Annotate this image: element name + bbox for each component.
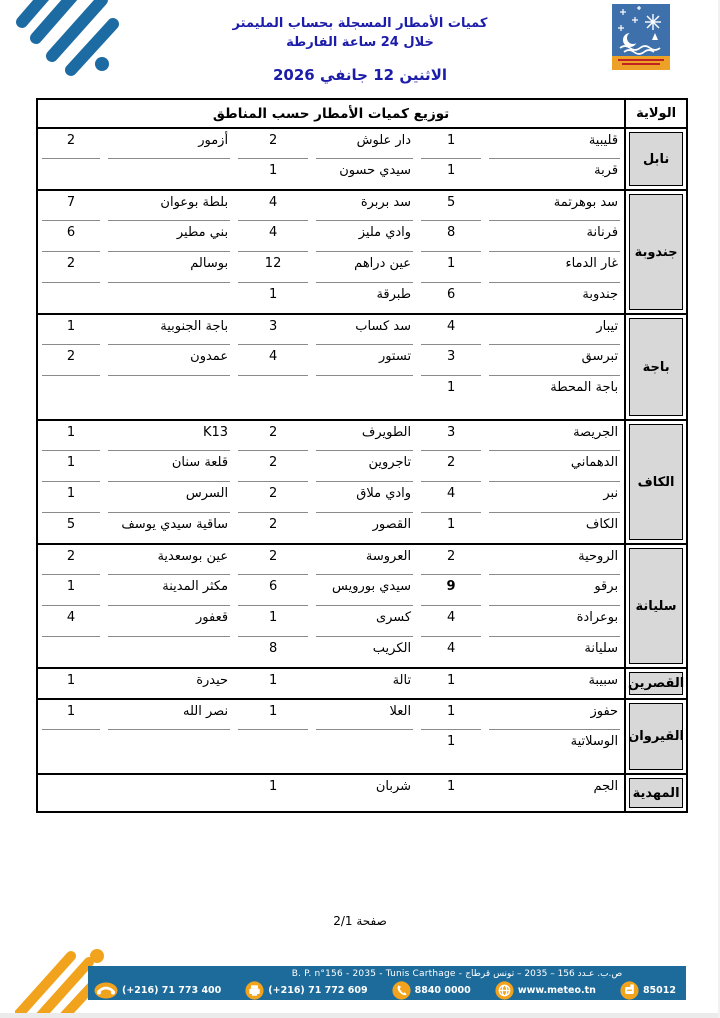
rain-value: 2 [37, 345, 104, 376]
station-row: سليانة4الكريب8 [37, 637, 687, 668]
station-name: فرنانة [485, 221, 625, 252]
rain-value: 1 [37, 314, 104, 345]
station-row: نبر4وادي ملاق2السرس1 [37, 482, 687, 513]
station-name: الجم [485, 774, 625, 812]
phone-icon [94, 982, 118, 999]
footer-contacts: (+216) 71 773 400(+216) 71 772 6098840 0… [88, 979, 686, 1000]
wilaya-cell: جندوبة [625, 190, 687, 314]
station-name: كسرى [312, 606, 417, 637]
station-name: جندوبة [485, 283, 625, 314]
footer-address: B. P. n°156 - 2035 - Tunis Carthage - ص.… [88, 966, 686, 979]
station-name: قعفور [104, 606, 234, 637]
station-name: السرس [104, 482, 234, 513]
station-name: حيدرة [104, 668, 234, 699]
station-row: باجة المحطة1 [37, 376, 687, 420]
station-name: الكاف [485, 513, 625, 544]
station-row: الكاف1القصور2ساقية سيدي يوسف5 [37, 513, 687, 544]
station-name: القصور [312, 513, 417, 544]
report-title-line2: خلال 24 ساعة الفارطة [0, 33, 720, 52]
rain-value: 1 [417, 252, 485, 283]
rain-value: 4 [417, 314, 485, 345]
rain-value: 4 [234, 190, 312, 221]
station-name [104, 376, 234, 420]
station-row: تبرسق3تستور4عمدون2 [37, 345, 687, 376]
station-row: جندوبةسد بوهرتمة5سد بربرة4بلطة بوعوان7 [37, 190, 687, 221]
station-name: سد بربرة [312, 190, 417, 221]
rain-value: 1 [417, 730, 485, 774]
wilaya-cell: سليانة [625, 544, 687, 668]
call-icon [392, 981, 411, 1000]
rain-value: 1 [417, 668, 485, 699]
globe-icon [495, 981, 514, 1000]
station-name: تيبار [485, 314, 625, 345]
station-name: سبيبة [485, 668, 625, 699]
rain-value: 5 [37, 513, 104, 544]
station-name: تستور [312, 345, 417, 376]
rain-value: 4 [37, 606, 104, 637]
station-name: العروسة [312, 544, 417, 575]
footer-contact-bar: B. P. n°156 - 2035 - Tunis Carthage - ص.… [88, 966, 686, 1000]
station-name: قلعة سنان [104, 451, 234, 482]
contact-label: 8840 0000 [415, 985, 471, 996]
station-name: باجة المحطة [485, 376, 625, 420]
rain-value: 1 [417, 513, 485, 544]
rain-value: 2 [234, 513, 312, 544]
report-title-line1: كميات الأمطار المسجلة بحساب المليمتر [0, 14, 720, 33]
rain-value [37, 774, 104, 812]
rain-value: 5 [417, 190, 485, 221]
rain-value: 1 [234, 159, 312, 190]
station-row: المهديةالجم1شربان1 [37, 774, 687, 812]
station-name: أزمور [104, 128, 234, 159]
rainfall-table-wrapper: الولاية توزيع كميات الأمطار حسب المناطق … [36, 98, 686, 813]
station-name [312, 376, 417, 420]
station-name: قليبية [485, 128, 625, 159]
station-name: تاجروين [312, 451, 417, 482]
station-row: القصرينسبيبة1تالة1حيدرة1 [37, 668, 687, 699]
rain-value [37, 283, 104, 314]
station-name: K13 [104, 420, 234, 451]
rain-value: 8 [417, 221, 485, 252]
rain-value: 4 [417, 637, 485, 668]
station-name: بوسالم [104, 252, 234, 283]
station-row: برقو9سيدي بورويس6مكثر المدينة1 [37, 575, 687, 606]
contact-item: www.meteo.tn [495, 981, 596, 1000]
rain-value: 9 [417, 575, 485, 606]
station-name: وادي ملاق [312, 482, 417, 513]
rain-value: 1 [417, 128, 485, 159]
rain-value: 4 [234, 345, 312, 376]
rain-value: 1 [417, 699, 485, 730]
station-row: الكافالجريصة3الطويرف2K131 [37, 420, 687, 451]
contact-item: 8840 0000 [392, 981, 471, 1000]
station-name: الروحية [485, 544, 625, 575]
footer-address-arabic: ص.ب. عـدد 156 – 2035 – تونس قرطاج [465, 969, 622, 979]
station-row: القيروانحفوز1العلا1نصر الله1 [37, 699, 687, 730]
station-row: جندوبة6طبرقة1 [37, 283, 687, 314]
station-name: عمدون [104, 345, 234, 376]
station-name: نبر [485, 482, 625, 513]
station-name: سيدي حسون [312, 159, 417, 190]
rain-value [37, 730, 104, 774]
report-title: كميات الأمطار المسجلة بحساب المليمتر خلا… [0, 14, 720, 52]
station-row: باجةتيبار4سد كساب3باجة الجنوبية1 [37, 314, 687, 345]
rain-value: 2 [234, 544, 312, 575]
station-name: حفوز [485, 699, 625, 730]
rain-value: 2 [37, 252, 104, 283]
station-name: مكثر المدينة [104, 575, 234, 606]
rain-value: 1 [417, 376, 485, 420]
rain-value: 2 [234, 420, 312, 451]
station-name [104, 774, 234, 812]
rain-value [234, 730, 312, 774]
footer-address-latin: B. P. n°156 - 2035 - Tunis Carthage - [292, 969, 466, 979]
station-name: سيدي بورويس [312, 575, 417, 606]
station-name: نصر الله [104, 699, 234, 730]
rain-value: 2 [234, 451, 312, 482]
station-name [104, 283, 234, 314]
fax-icon [245, 981, 264, 1000]
station-name: العلا [312, 699, 417, 730]
page-number: صفحة 2/1 [0, 914, 720, 928]
report-date: الاثنين 12 جانفي 2026 [0, 66, 720, 84]
station-name: سد بوهرتمة [485, 190, 625, 221]
rain-value: 2 [234, 128, 312, 159]
rain-value: 1 [37, 699, 104, 730]
wilaya-cell: الكاف [625, 420, 687, 544]
rain-value: 4 [417, 482, 485, 513]
rainfall-table: الولاية توزيع كميات الأمطار حسب المناطق … [36, 98, 688, 813]
wilaya-cell: القصرين [625, 668, 687, 699]
rain-value: 2 [417, 451, 485, 482]
rain-value [234, 376, 312, 420]
rain-value: 6 [234, 575, 312, 606]
wilaya-cell: المهدية [625, 774, 687, 812]
station-name: تالة [312, 668, 417, 699]
rain-value: 3 [417, 345, 485, 376]
wilaya-cell: القيروان [625, 699, 687, 774]
station-name: دار علوش [312, 128, 417, 159]
station-row: غار الدماء1عين دراهم12بوسالم2 [37, 252, 687, 283]
station-name: بني مطير [104, 221, 234, 252]
contact-item: (+216) 71 773 400 [94, 982, 221, 999]
station-name [104, 730, 234, 774]
station-name: الطويرف [312, 420, 417, 451]
rain-value: 1 [234, 606, 312, 637]
rain-value: 1 [37, 451, 104, 482]
contact-label: www.meteo.tn [518, 985, 596, 996]
rain-value: 1 [234, 699, 312, 730]
rain-value: 1 [417, 159, 485, 190]
footer-orange-dot [90, 949, 104, 963]
contact-label: (+216) 71 773 400 [122, 985, 221, 996]
station-name: الجريصة [485, 420, 625, 451]
wilaya-cell: باجة [625, 314, 687, 420]
rain-value [37, 376, 104, 420]
station-name: تبرسق [485, 345, 625, 376]
station-row: بوعرادة4كسرى1قعفور4 [37, 606, 687, 637]
station-name [104, 159, 234, 190]
page-edge-bottom [0, 1013, 720, 1018]
rain-table-body: نابلقليبية1دار علوش2أزمور2قربة1سيدي حسون… [37, 128, 687, 812]
rain-value: 2 [37, 128, 104, 159]
rain-value: 1 [37, 575, 104, 606]
station-name: قربة [485, 159, 625, 190]
rain-value: 3 [417, 420, 485, 451]
contact-label: (+216) 71 772 609 [268, 985, 367, 996]
station-name: غار الدماء [485, 252, 625, 283]
contact-item: 85012 [620, 981, 676, 1000]
wilaya-cell: نابل [625, 128, 687, 190]
rain-value: 1 [37, 668, 104, 699]
rain-value: 7 [37, 190, 104, 221]
rain-value: 2 [234, 482, 312, 513]
rain-value: 1 [234, 774, 312, 812]
contact-item: (+216) 71 772 609 [245, 981, 367, 1000]
station-name: الوسلاتية [485, 730, 625, 774]
rain-value: 1 [417, 774, 485, 812]
station-row: نابلقليبية1دار علوش2أزمور2 [37, 128, 687, 159]
contact-label: 85012 [643, 985, 676, 996]
station-row: الوسلاتية1 [37, 730, 687, 774]
rain-value: 12 [234, 252, 312, 283]
station-name: وادي مليز [312, 221, 417, 252]
station-name: الكريب [312, 637, 417, 668]
rain-value: 1 [234, 283, 312, 314]
station-name: الدهماني [485, 451, 625, 482]
rain-value: 1 [234, 668, 312, 699]
rainfall-report-page: { "theme": { "title_blue": "#1c1caa", "b… [0, 0, 720, 1018]
rain-value: 3 [234, 314, 312, 345]
rain-value: 4 [417, 606, 485, 637]
station-row: قربة1سيدي حسون1 [37, 159, 687, 190]
station-name: شربان [312, 774, 417, 812]
rain-value: 6 [417, 283, 485, 314]
station-name: ساقية سيدي يوسف [104, 513, 234, 544]
station-name: بلطة بوعوان [104, 190, 234, 221]
rain-value [37, 637, 104, 668]
rain-value: 8 [234, 637, 312, 668]
station-name: طبرقة [312, 283, 417, 314]
sms-icon [620, 981, 639, 1000]
station-row: الدهماني2تاجروين2قلعة سنان1 [37, 451, 687, 482]
station-row: سليانةالروحية2العروسة2عين بوسعدية2 [37, 544, 687, 575]
rain-value [37, 159, 104, 190]
station-name [312, 730, 417, 774]
station-name: بوعرادة [485, 606, 625, 637]
wilaya-column-header: الولاية [625, 99, 687, 128]
station-name [104, 637, 234, 668]
rain-value: 1 [37, 420, 104, 451]
station-name: سد كساب [312, 314, 417, 345]
station-name: برقو [485, 575, 625, 606]
station-name: سليانة [485, 637, 625, 668]
rain-value: 2 [37, 544, 104, 575]
table-header-row: الولاية توزيع كميات الأمطار حسب المناطق [37, 99, 687, 128]
station-name: عين بوسعدية [104, 544, 234, 575]
rain-value: 6 [37, 221, 104, 252]
station-name: باجة الجنوبية [104, 314, 234, 345]
rain-value: 2 [417, 544, 485, 575]
station-name: عين دراهم [312, 252, 417, 283]
rain-value: 1 [37, 482, 104, 513]
distribution-header: توزيع كميات الأمطار حسب المناطق [37, 99, 625, 128]
rain-value: 4 [234, 221, 312, 252]
station-row: فرنانة8وادي مليز4بني مطير6 [37, 221, 687, 252]
